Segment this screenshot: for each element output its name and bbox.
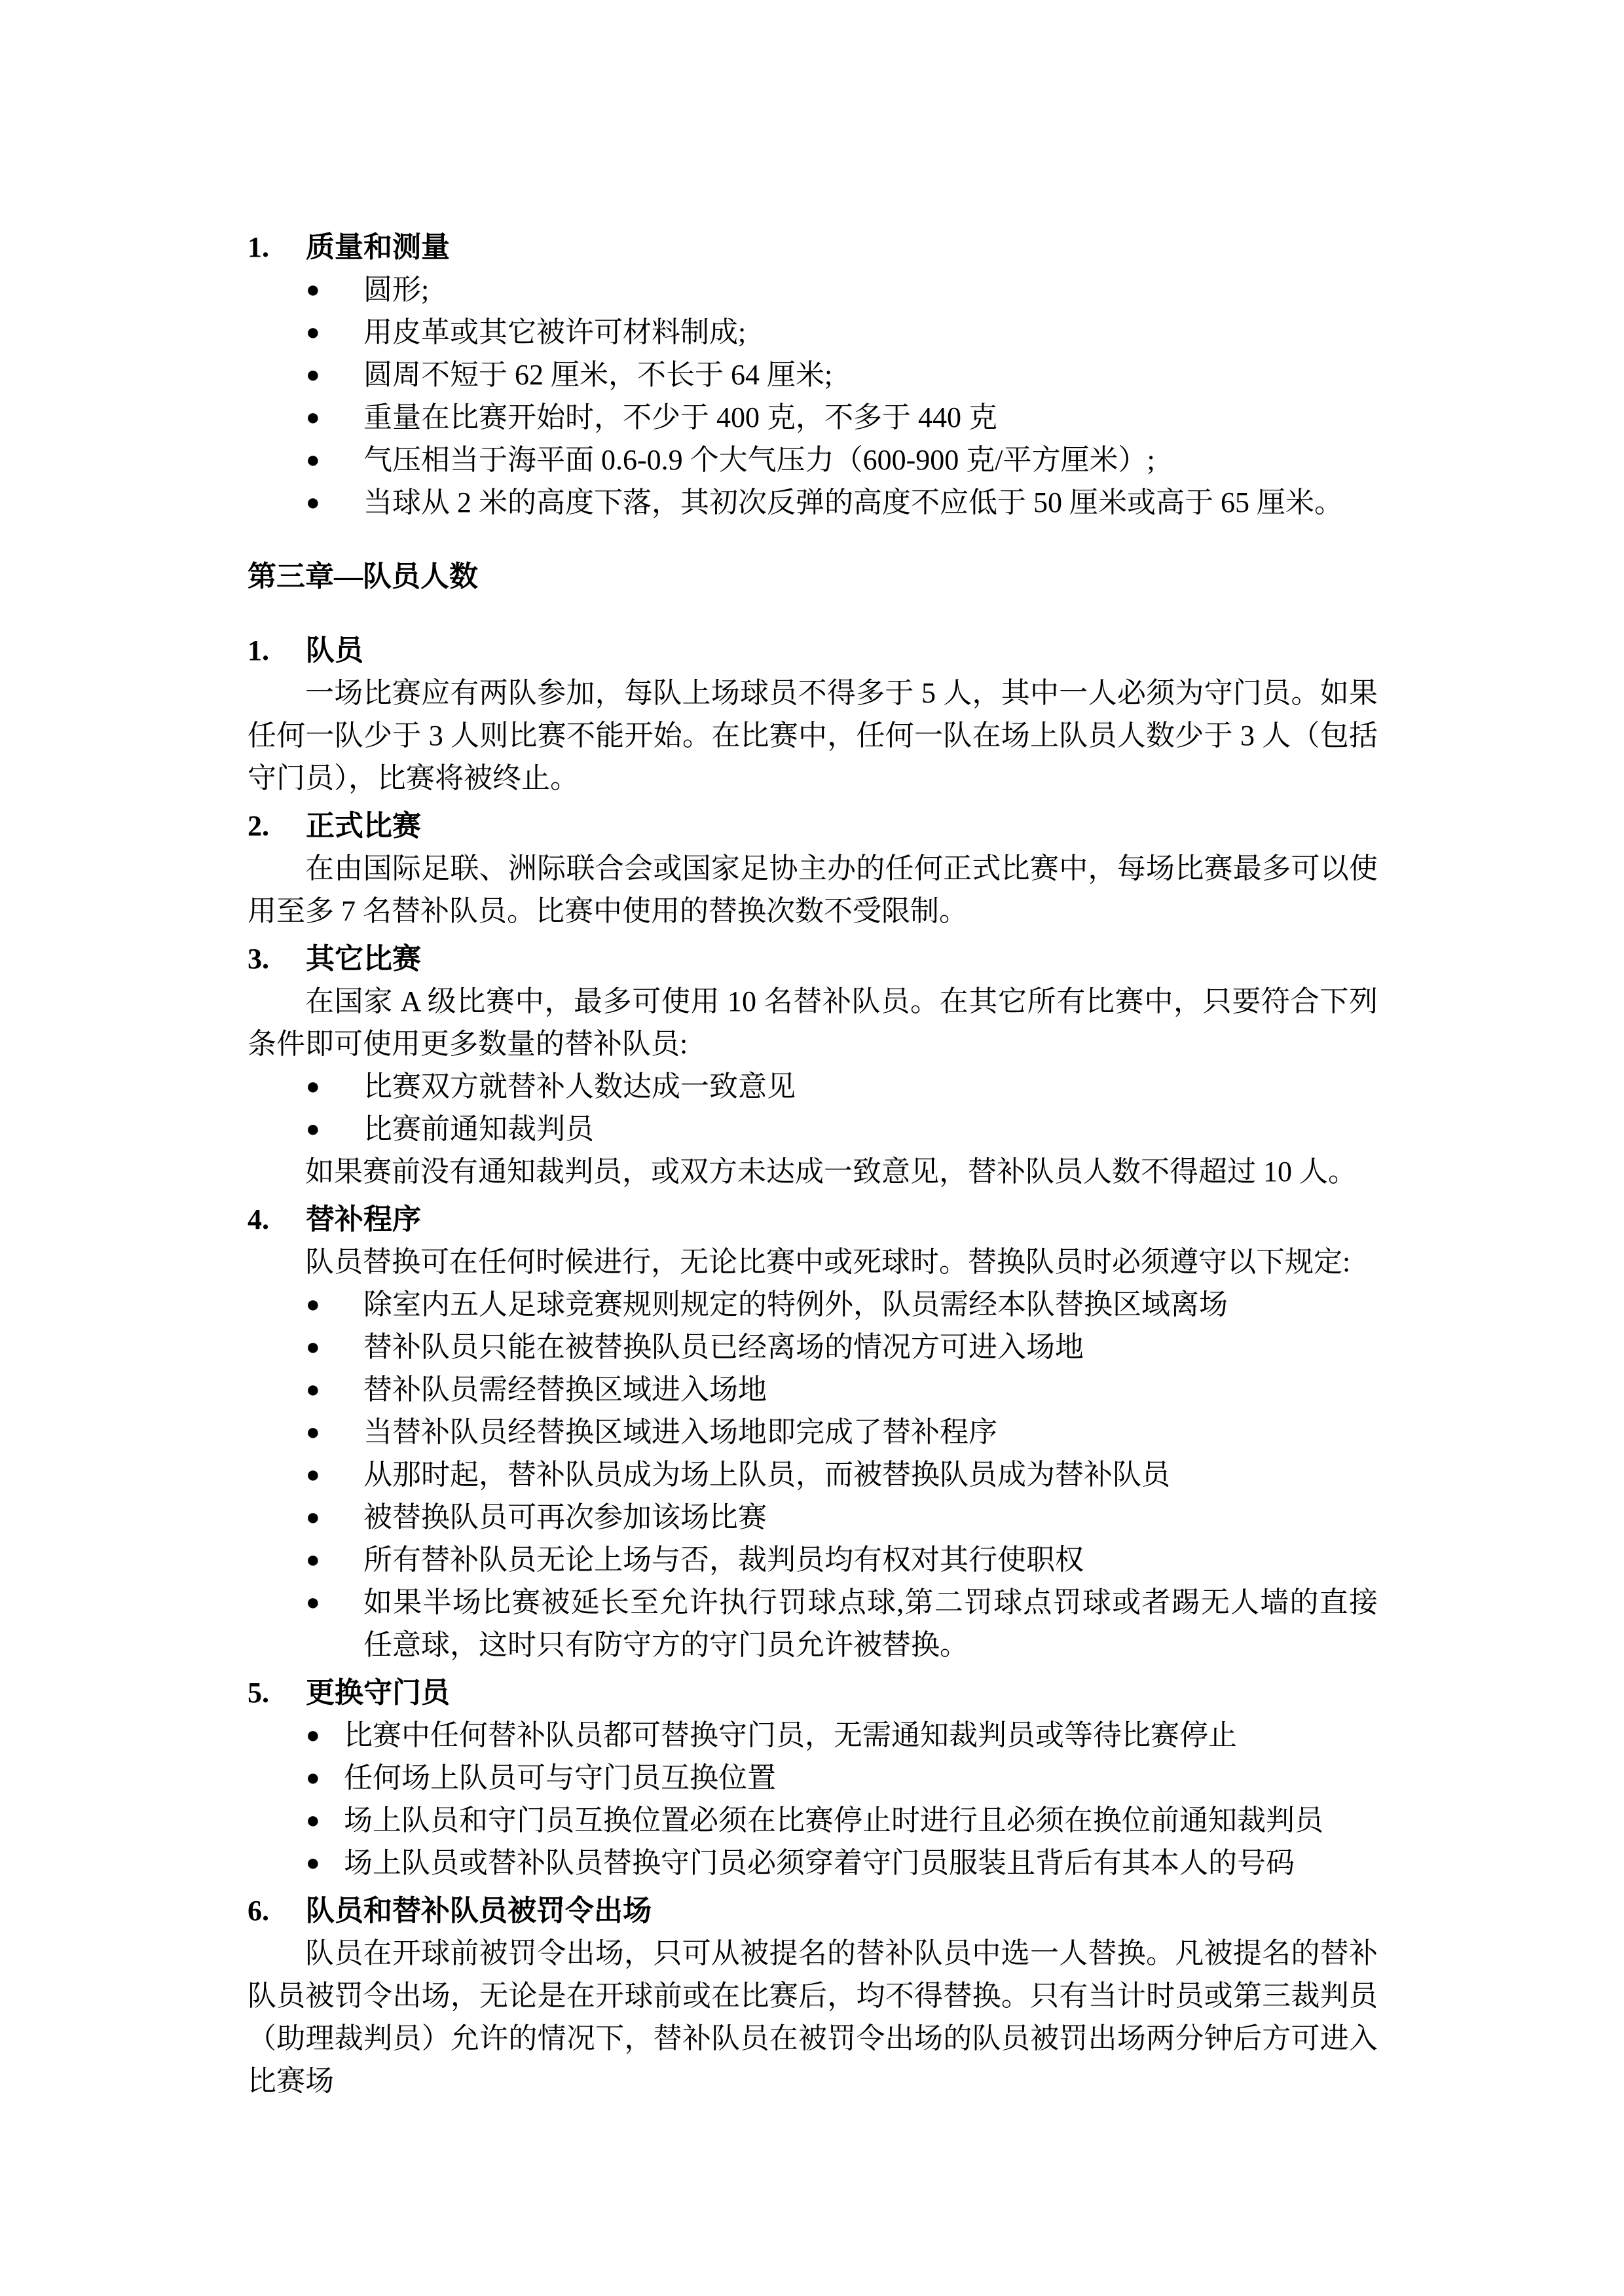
section-title: 队员和替补队员被罚令出场 [306, 1889, 1378, 1932]
section-heading-players: 1. 队员 [248, 629, 1378, 672]
section-heading-sent-off: 6. 队员和替补队员被罚令出场 [248, 1889, 1378, 1932]
section-title: 正式比赛 [306, 805, 1378, 847]
section-title: 其它比赛 [306, 938, 1378, 980]
list-item-text: 被替换队员可再次参加该场比赛 [363, 1496, 1378, 1539]
list-item-text: 当球从 2 米的高度下落，其初次反弹的高度不应低于 50 厘米或高于 65 厘米… [363, 481, 1378, 524]
bullet-icon: ● [306, 354, 363, 396]
paragraph: 在由国际足联、洲际联合会或国家足协主办的任何正式比赛中，每场比赛最多可以使用至多… [248, 847, 1378, 932]
list-item-text: 场上队员或替补队员替换守门员必须穿着守门员服装且背后有其本人的号码 [344, 1842, 1378, 1884]
paragraph: 队员替换可在任何时候进行，无论比赛中或死球时。替换队员时必须遵守以下规定: [248, 1241, 1378, 1283]
list-item-text: 所有替补队员无论上场与否，裁判员均有权对其行使职权 [363, 1539, 1378, 1581]
list-item-text: 气压相当于海平面 0.6-0.9 个大气压力（600-900 克/平方厘米）; [363, 439, 1378, 481]
section-heading-quality: 1. 质量和测量 [248, 226, 1378, 268]
bullet-icon: ● [306, 1757, 344, 1799]
section-number: 1. [248, 226, 306, 268]
bullet-icon: ● [306, 1065, 363, 1108]
bullet-icon: ● [306, 1539, 363, 1581]
section-number: 4. [248, 1198, 306, 1241]
paragraph: 如果赛前没有通知裁判员，或双方未达成一致意见，替补队员人数不得超过 10 人。 [248, 1150, 1378, 1193]
list-item: ● 重量在比赛开始时，不少于 400 克，不多于 440 克 [248, 396, 1378, 439]
list-item: ● 场上队员或替补队员替换守门员必须穿着守门员服装且背后有其本人的号码 [248, 1842, 1378, 1884]
list-item: ● 场上队员和守门员互换位置必须在比赛停止时进行且必须在换位前通知裁判员 [248, 1799, 1378, 1842]
section-number: 6. [248, 1889, 306, 1932]
bullet-icon: ● [306, 1581, 363, 1666]
list-item-text: 重量在比赛开始时，不少于 400 克，不多于 440 克 [363, 396, 1378, 439]
paragraph: 一场比赛应有两队参加，每队上场球员不得多于 5 人，其中一人必须为守门员。如果任… [248, 672, 1378, 799]
list-item-text: 除室内五人足球竞赛规则规定的特例外，队员需经本队替换区域离场 [363, 1283, 1378, 1326]
list-item: ● 替补队员只能在被替换队员已经离场的情况方可进入场地 [248, 1326, 1378, 1368]
bullet-icon: ● [306, 1453, 363, 1496]
bullet-icon: ● [306, 1496, 363, 1539]
bullet-icon: ● [306, 311, 363, 354]
bullet-icon: ● [306, 1411, 363, 1453]
list-item-text: 圆周不短于 62 厘米，不长于 64 厘米; [363, 354, 1378, 396]
section-number: 1. [248, 629, 306, 672]
list-item-text: 比赛前通知裁判员 [363, 1108, 1378, 1150]
bullet-icon: ● [306, 1842, 344, 1884]
bullet-icon: ● [306, 1108, 363, 1150]
list-item-text: 比赛双方就替补人数达成一致意见 [363, 1065, 1378, 1108]
list-item: ● 被替换队员可再次参加该场比赛 [248, 1496, 1378, 1539]
document-content: 1. 质量和测量 ● 圆形; ● 用皮革或其它被许可材料制成; ● 圆周不短于 … [248, 226, 1378, 2102]
list-item: ● 气压相当于海平面 0.6-0.9 个大气压力（600-900 克/平方厘米）… [248, 439, 1378, 481]
section-title: 替补程序 [306, 1198, 1378, 1241]
list-item-text: 用皮革或其它被许可材料制成; [363, 311, 1378, 354]
list-item: ● 从那时起，替补队员成为场上队员，而被替换队员成为替补队员 [248, 1453, 1378, 1496]
list-item: ● 用皮革或其它被许可材料制成; [248, 311, 1378, 354]
list-item-text: 任何场上队员可与守门员互换位置 [344, 1757, 1378, 1799]
list-item-text: 场上队员和守门员互换位置必须在比赛停止时进行且必须在换位前通知裁判员 [344, 1799, 1378, 1842]
section-number: 5. [248, 1671, 306, 1714]
bullet-icon: ● [306, 1799, 344, 1842]
bullet-icon: ● [306, 268, 363, 311]
bullet-icon: ● [306, 439, 363, 481]
list-item: ● 所有替补队员无论上场与否，裁判员均有权对其行使职权 [248, 1539, 1378, 1581]
list-item-text: 从那时起，替补队员成为场上队员，而被替换队员成为替补队员 [363, 1453, 1378, 1496]
paragraph: 队员在开球前被罚令出场，只可从被提名的替补队员中选一人替换。凡被提名的替补队员被… [248, 1932, 1378, 2102]
list-item: ● 当替补队员经替换区域进入场地即完成了替补程序 [248, 1411, 1378, 1453]
list-item: ● 当球从 2 米的高度下落，其初次反弹的高度不应低于 50 厘米或高于 65 … [248, 481, 1378, 524]
list-item-text: 如果半场比赛被延长至允许执行罚球点球,第二罚球点罚球或者踢无人墙的直接任意球，这… [363, 1581, 1378, 1666]
list-item: ● 替补队员需经替换区域进入场地 [248, 1368, 1378, 1411]
section-number: 3. [248, 938, 306, 980]
list-item-text: 圆形; [363, 268, 1378, 311]
section-title: 更换守门员 [306, 1671, 1378, 1714]
list-item: ● 比赛中任何替补队员都可替换守门员，无需通知裁判员或等待比赛停止 [248, 1714, 1378, 1757]
section-heading-substitution-procedure: 4. 替补程序 [248, 1198, 1378, 1241]
list-item: ● 圆周不短于 62 厘米，不长于 64 厘米; [248, 354, 1378, 396]
bullet-icon: ● [306, 1714, 344, 1757]
list-item: ● 圆形; [248, 268, 1378, 311]
section-title: 质量和测量 [306, 226, 1378, 268]
bullet-icon: ● [306, 1368, 363, 1411]
document-page: 1. 质量和测量 ● 圆形; ● 用皮革或其它被许可材料制成; ● 圆周不短于 … [0, 0, 1624, 2296]
list-item: ● 比赛前通知裁判员 [248, 1108, 1378, 1150]
section-title: 队员 [306, 629, 1378, 672]
list-item: ● 比赛双方就替补人数达成一致意见 [248, 1065, 1378, 1108]
bullet-icon: ● [306, 396, 363, 439]
list-item-text: 当替补队员经替换区域进入场地即完成了替补程序 [363, 1411, 1378, 1453]
chapter-heading: 第三章—队员人数 [248, 555, 1378, 598]
list-item: ● 除室内五人足球竞赛规则规定的特例外，队员需经本队替换区域离场 [248, 1283, 1378, 1326]
list-item-text: 替补队员只能在被替换队员已经离场的情况方可进入场地 [363, 1326, 1378, 1368]
bullet-icon: ● [306, 481, 363, 524]
bullet-icon: ● [306, 1326, 363, 1368]
paragraph: 在国家 A 级比赛中，最多可使用 10 名替补队员。在其它所有比赛中，只要符合下… [248, 980, 1378, 1065]
bullet-icon: ● [306, 1283, 363, 1326]
section-number: 2. [248, 805, 306, 847]
list-item-text: 比赛中任何替补队员都可替换守门员，无需通知裁判员或等待比赛停止 [344, 1714, 1378, 1757]
list-item: ● 任何场上队员可与守门员互换位置 [248, 1757, 1378, 1799]
list-item-text: 替补队员需经替换区域进入场地 [363, 1368, 1378, 1411]
section-heading-official-matches: 2. 正式比赛 [248, 805, 1378, 847]
section-heading-goalkeeper-change: 5. 更换守门员 [248, 1671, 1378, 1714]
section-heading-other-matches: 3. 其它比赛 [248, 938, 1378, 980]
list-item: ● 如果半场比赛被延长至允许执行罚球点球,第二罚球点罚球或者踢无人墙的直接任意球… [248, 1581, 1378, 1666]
